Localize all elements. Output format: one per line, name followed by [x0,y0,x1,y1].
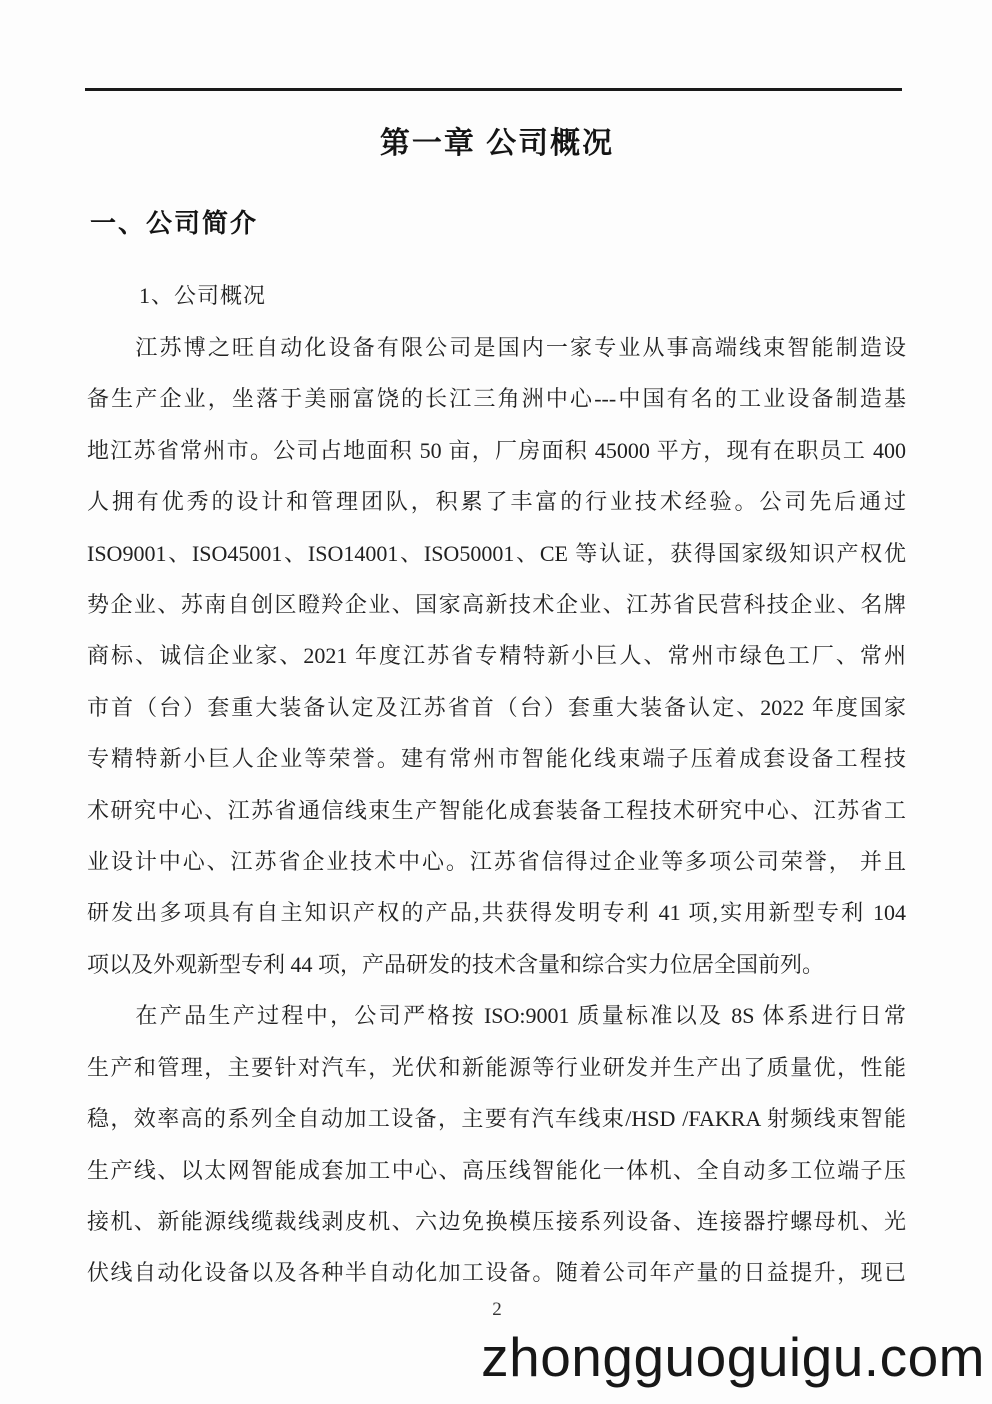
body-line: 术研究中心、江苏省通信线束生产智能化成套装备工程技术研究中心、江苏省工 [87,785,906,836]
document-page: 第一章 公司概况 一、公司简介 1、公司概况 江苏博之旺自动化设备有限公司是国内… [0,0,992,1404]
body-line: 商标、诚信企业家、2021 年度江苏省专精特新小巨人、常州市绿色工厂、常州 [87,630,906,681]
body-line: 项以及外观新型专利 44 项，产品研发的技术含量和综合实力位居全国前列。 [87,939,906,990]
body-line: 生产和管理，主要针对汽车，光伏和新能源等行业研发并生产出了质量优，性能 [87,1042,906,1093]
subsection-heading: 1、公司概况 [139,280,266,312]
body-line: 业设计中心、江苏省企业技术中心。江苏省信得过企业等多项公司荣誉， 并且 [87,836,906,887]
chapter-title: 第一章 公司概况 [88,124,906,164]
page-number: 2 [88,1299,906,1321]
body-line: 伏线自动化设备以及各种半自动化加工设备。随着公司年产量的日益提升，现已 [87,1247,906,1298]
body-line: 生产线、以太网智能成套加工中心、高压线智能化一体机、全自动多工位端子压 [87,1145,906,1196]
body-line: 备生产企业，坐落于美丽富饶的长江三角洲中心---中国有名的工业设备制造基 [87,373,906,424]
body-line: 江苏博之旺自动化设备有限公司是国内一家专业从事高端线束智能制造设 [87,322,906,373]
body-line: 人拥有优秀的设计和管理团队，积累了丰富的行业技术经验。公司先后通过 [87,476,906,527]
section-heading: 一、公司简介 [90,205,258,241]
body-line: 专精特新小巨人企业等荣誉。建有常州市智能化线束端子压着成套设备工程技 [87,733,906,784]
watermark: zhongguoguigu.com [481,1324,985,1390]
body-line: 在产品生产过程中，公司严格按 ISO:9001 质量标准以及 8S 体系进行日常 [87,990,906,1041]
body-line: 稳，效率高的系列全自动加工设备，主要有汽车线束/HSD /FAKRA 射频线束智… [87,1093,906,1144]
body-line: ISO9001、ISO45001、ISO14001、ISO50001、CE 等认… [87,528,906,579]
body-line: 地江苏省常州市。公司占地面积 50 亩，厂房面积 45000 平方，现有在职员工… [87,425,906,476]
header-rule [85,88,902,91]
body-line: 势企业、苏南自创区瞪羚企业、国家高新技术企业、江苏省民营科技企业、名牌 [87,579,906,630]
body-line: 市首（台）套重大装备认定及江苏省首（台）套重大装备认定、2022 年度国家 [87,682,906,733]
body-line: 接机、新能源线缆裁线剥皮机、六边免换模压接系列设备、连接器拧螺母机、光 [87,1196,906,1247]
body-text: 江苏博之旺自动化设备有限公司是国内一家专业从事高端线束智能制造设备生产企业，坐落… [87,322,906,1299]
body-line: 研发出多项具有自主知识产权的产品,共获得发明专利 41 项,实用新型专利 104 [87,887,906,938]
